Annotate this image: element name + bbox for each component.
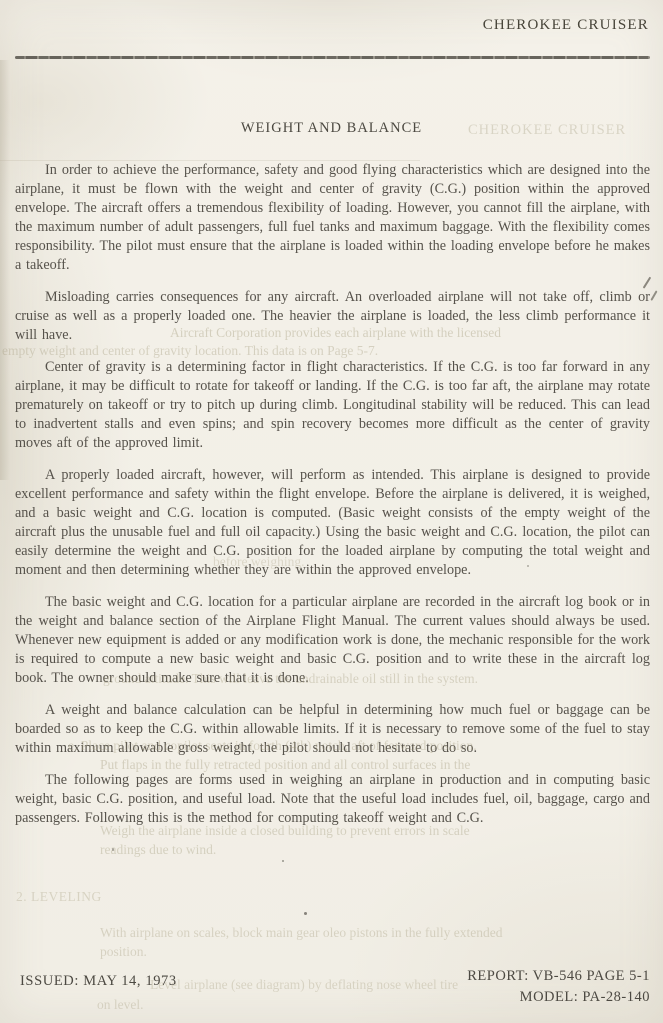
paragraph-4: A properly loaded aircraft, however, wil… — [15, 466, 650, 580]
footer-report-number: REPORT: VB-546 PAGE 5-1 — [467, 966, 650, 987]
bleedthrough-line: position. — [100, 944, 147, 960]
footer-model-number: MODEL: PA-28-140 — [467, 987, 650, 1008]
scan-speck-artifact — [282, 860, 284, 862]
bleedthrough-line: on level. — [97, 997, 144, 1013]
scan-speck-artifact — [304, 912, 307, 915]
footer-report-block: REPORT: VB-546 PAGE 5-1 MODEL: PA-28-140 — [467, 966, 650, 1008]
bleedthrough-line: 2. LEVELING — [16, 889, 102, 905]
pen-slash-artifact — [650, 290, 657, 300]
paragraph-2: Misloading carries consequences for any … — [15, 288, 650, 345]
header-brand: CHEROKEE CRUISER — [483, 17, 649, 34]
header-divider-rule — [15, 56, 650, 59]
bleedthrough-line: With airplane on scales, block main gear… — [100, 925, 502, 941]
paragraph-6: A weight and balance calculation can be … — [15, 701, 650, 758]
paragraph-1: In order to achieve the performance, saf… — [15, 161, 650, 275]
bleedthrough-line: readings due to wind. — [100, 842, 216, 858]
scan-speck-artifact — [527, 565, 529, 567]
footer-issued-date: ISSUED: MAY 14, 1973 — [20, 973, 177, 990]
paragraph-3: Center of gravity is a determining facto… — [15, 358, 650, 453]
scan-speck-artifact — [112, 848, 114, 851]
bleedthrough-line: Level airplane (see diagram) by deflatin… — [150, 977, 458, 993]
scanned-manual-page: CHEROKEE CRUISER WEIGHT AND BALANCE CHER… — [0, 0, 663, 1023]
paragraph-7: The following pages are forms used in we… — [15, 771, 650, 828]
body-text: In order to achieve the performance, saf… — [15, 161, 650, 841]
paragraph-5: The basic weight and C.G. location for a… — [15, 593, 650, 688]
page-title: WEIGHT AND BALANCE — [0, 120, 663, 137]
